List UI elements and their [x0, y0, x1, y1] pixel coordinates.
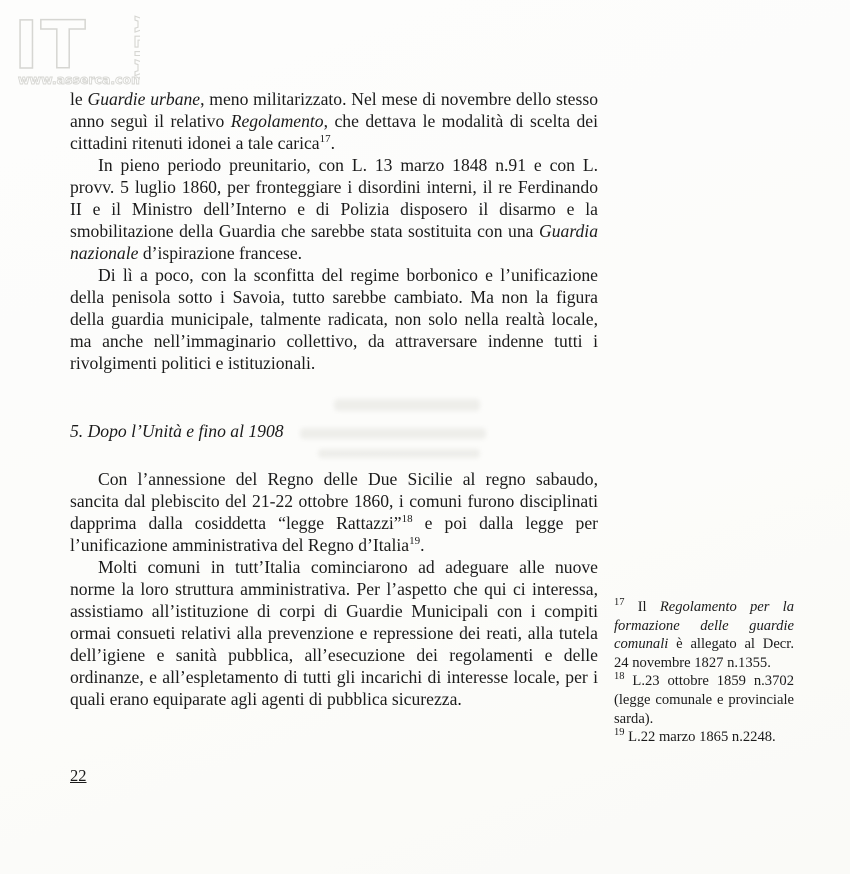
text-run: Di lì a poco, con la sconfitta del regim…	[70, 265, 598, 373]
scanned-book-page: IT ALIA www.asserca.com le Guardie urban…	[0, 0, 850, 874]
watermark-vertical-text: ALIA	[130, 16, 140, 78]
superscript-note-ref: 18	[402, 513, 413, 525]
body-paragraph: In pieno periodo preunitario, con L. 13 …	[70, 154, 598, 264]
footnote-item: 19 L.22 marzo 1865 n.2248.	[614, 728, 794, 747]
footnote-marker: 17	[614, 597, 625, 608]
text-run: .	[420, 535, 424, 555]
body-paragraph: Di lì a poco, con la sconfitta del regim…	[70, 264, 598, 374]
italic-text-run: Guardie urbane	[87, 89, 200, 109]
footnote-marker: 18	[614, 672, 625, 683]
italic-text-run: Regolamento	[231, 111, 324, 131]
text-run: L.23 ottobre 1859 n.3702 (legge comunale…	[614, 673, 794, 726]
page-number: 22	[70, 766, 87, 786]
text-run: d’ispirazione francese.	[138, 243, 302, 263]
text-run: In pieno periodo preunitario, con L. 13 …	[70, 155, 598, 241]
body-paragraph: Molti comuni in tutt’Italia cominciarono…	[70, 556, 598, 710]
watermark-logo: IT ALIA www.asserca.com	[8, 4, 140, 92]
body-paragraph: le Guardie urbane, meno militarizzato. N…	[70, 88, 598, 154]
text-run: Il	[625, 599, 660, 615]
footnote-marker: 19	[614, 727, 625, 738]
footnote-item: 17 Il Regolamento per la formazione dell…	[614, 598, 794, 672]
text-run: L.22 marzo 1865 n.2248.	[625, 729, 776, 745]
footnote-item: 18 L.23 ottobre 1859 n.3702 (legge comun…	[614, 672, 794, 728]
superscript-note-ref: 19	[409, 535, 420, 547]
italia-watermark-graphic: IT ALIA www.asserca.com	[8, 4, 140, 92]
text-run: le	[70, 89, 87, 109]
section-heading: 5. Dopo l’Unità e fino al 1908	[70, 420, 598, 442]
superscript-note-ref: 17	[320, 133, 331, 145]
main-text-column: le Guardie urbane, meno militarizzato. N…	[70, 88, 598, 710]
text-run: 5. Dopo l’Unità e fino al 1908	[70, 421, 284, 441]
footnotes-column: 17 Il Regolamento per la formazione dell…	[614, 598, 794, 747]
body-paragraph: Con l’annessione del Regno delle Due Sic…	[70, 468, 598, 556]
text-run: .	[331, 133, 335, 153]
text-run: Molti comuni in tutt’Italia cominciarono…	[70, 557, 598, 709]
watermark-url-text: www.asserca.com	[18, 72, 140, 87]
